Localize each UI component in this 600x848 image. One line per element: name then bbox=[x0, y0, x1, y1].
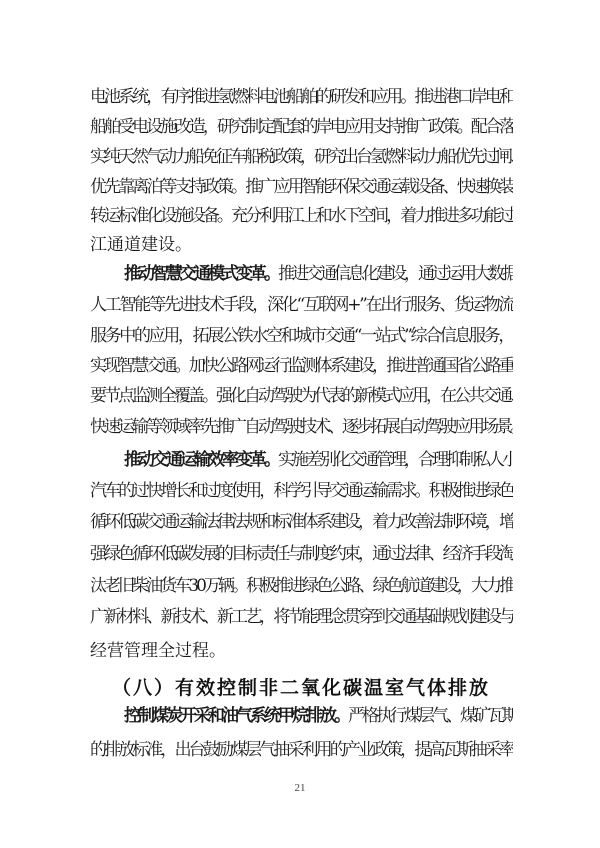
paragraph-4-line-2: 的排放标准，出台鼓励煤层气抽采利用的产业政策，提高瓦斯抽采率 bbox=[90, 738, 513, 762]
paragraph-3-line-7: 经营管理全过程。 bbox=[90, 639, 513, 663]
document-page: 电池系统，有序推进氢燃料电池船舶的研发和应用。推进港口岸电和 船舶受电设施改造，… bbox=[0, 0, 600, 848]
paragraph-3-first-line-text: 实施差别化交通管理，合理抑制私人小 bbox=[278, 450, 513, 470]
paragraph-4-lead: 控制煤炭开采和油气系统甲烷排放。 bbox=[124, 706, 348, 726]
paragraph-3-line-2: 汽车的过快增长和过度使用，科学引导交通运输需求。积极推进绿色 bbox=[90, 479, 513, 503]
paragraph-2-line-6: 快速运输等领域率先推广自动驾驶技术、逐步拓展自动驾驶应用场景。 bbox=[90, 415, 513, 439]
paragraph-2-line-3: 服务中的应用，拓展公铁水空和城市交通“一站式”综合信息服务， bbox=[90, 324, 513, 348]
paragraph-1-line-3: 实纯天然气动力船免征车船税政策，研究出台氢燃料动力船优先过闸、 bbox=[90, 145, 513, 169]
paragraph-3-line-3: 循环低碳交通运输法律法规和标准体系建设，着力改善法制环境，增 bbox=[90, 510, 513, 534]
paragraph-2-line-5: 要节点监测全覆盖。强化自动驾驶为代表的新模式应用，在公共交通、 bbox=[90, 384, 513, 408]
paragraph-1-line-1: 电池系统，有序推进氢燃料电池船舶的研发和应用。推进港口岸电和 bbox=[90, 85, 513, 109]
paragraph-1-line-2: 船舶受电设施改造，研究制定配套的岸电应用支持推广政策。配合落 bbox=[90, 115, 513, 139]
paragraph-2-line-4: 实现智慧交通。加快公路网运行监测体系建设，推进普通国省公路重 bbox=[90, 354, 513, 378]
paragraph-2-lead: 推动智慧交通模式变革。 bbox=[124, 264, 278, 284]
paragraph-3-line-4: 强绿色循环低碳发展的目标责任与制度约束，通过法律、经济手段淘 bbox=[90, 542, 513, 566]
paragraph-2-line-1: 推动智慧交通模式变革。推进交通信息化建设，通过运用大数据、 bbox=[124, 262, 513, 286]
paragraph-3-lead: 推动交通运输效率变革。 bbox=[124, 450, 278, 470]
paragraph-1-line-5: 转运标准化设施设备。充分利用江上和水下空间，着力推进多功能过 bbox=[90, 204, 513, 228]
section-heading: （八）有效控制非二氧化碳温室气体排放 bbox=[112, 675, 472, 701]
paragraph-1-line-4: 优先靠离泊等支持政策。推广应用智能环保交通运载设备、快速换装 bbox=[90, 175, 513, 199]
page-number: 21 bbox=[280, 782, 320, 794]
paragraph-2-first-line-text: 推进交通信息化建设，通过运用大数据、 bbox=[278, 264, 513, 284]
paragraph-4-line-1: 控制煤炭开采和油气系统甲烷排放。严格执行煤层气、煤矿瓦斯 bbox=[124, 704, 513, 728]
paragraph-1-line-6: 江通道建设。 bbox=[90, 233, 513, 257]
paragraph-3-line-1: 推动交通运输效率变革。实施差别化交通管理，合理抑制私人小 bbox=[124, 448, 513, 472]
paragraph-4-first-line-text: 严格执行煤层气、煤矿瓦斯 bbox=[348, 706, 513, 726]
paragraph-3-line-6: 广新材料、新技术、新工艺，将节能理念贯穿到交通基础规划建设与 bbox=[90, 605, 513, 629]
paragraph-3-line-5: 汰老旧柴油货车30万辆。积极推进绿色公路、绿色航道建设，大力推 bbox=[90, 574, 513, 598]
paragraph-2-line-2: 人工智能等先进技术手段，深化“互联网+”在出行服务、货运物流 bbox=[90, 293, 513, 317]
